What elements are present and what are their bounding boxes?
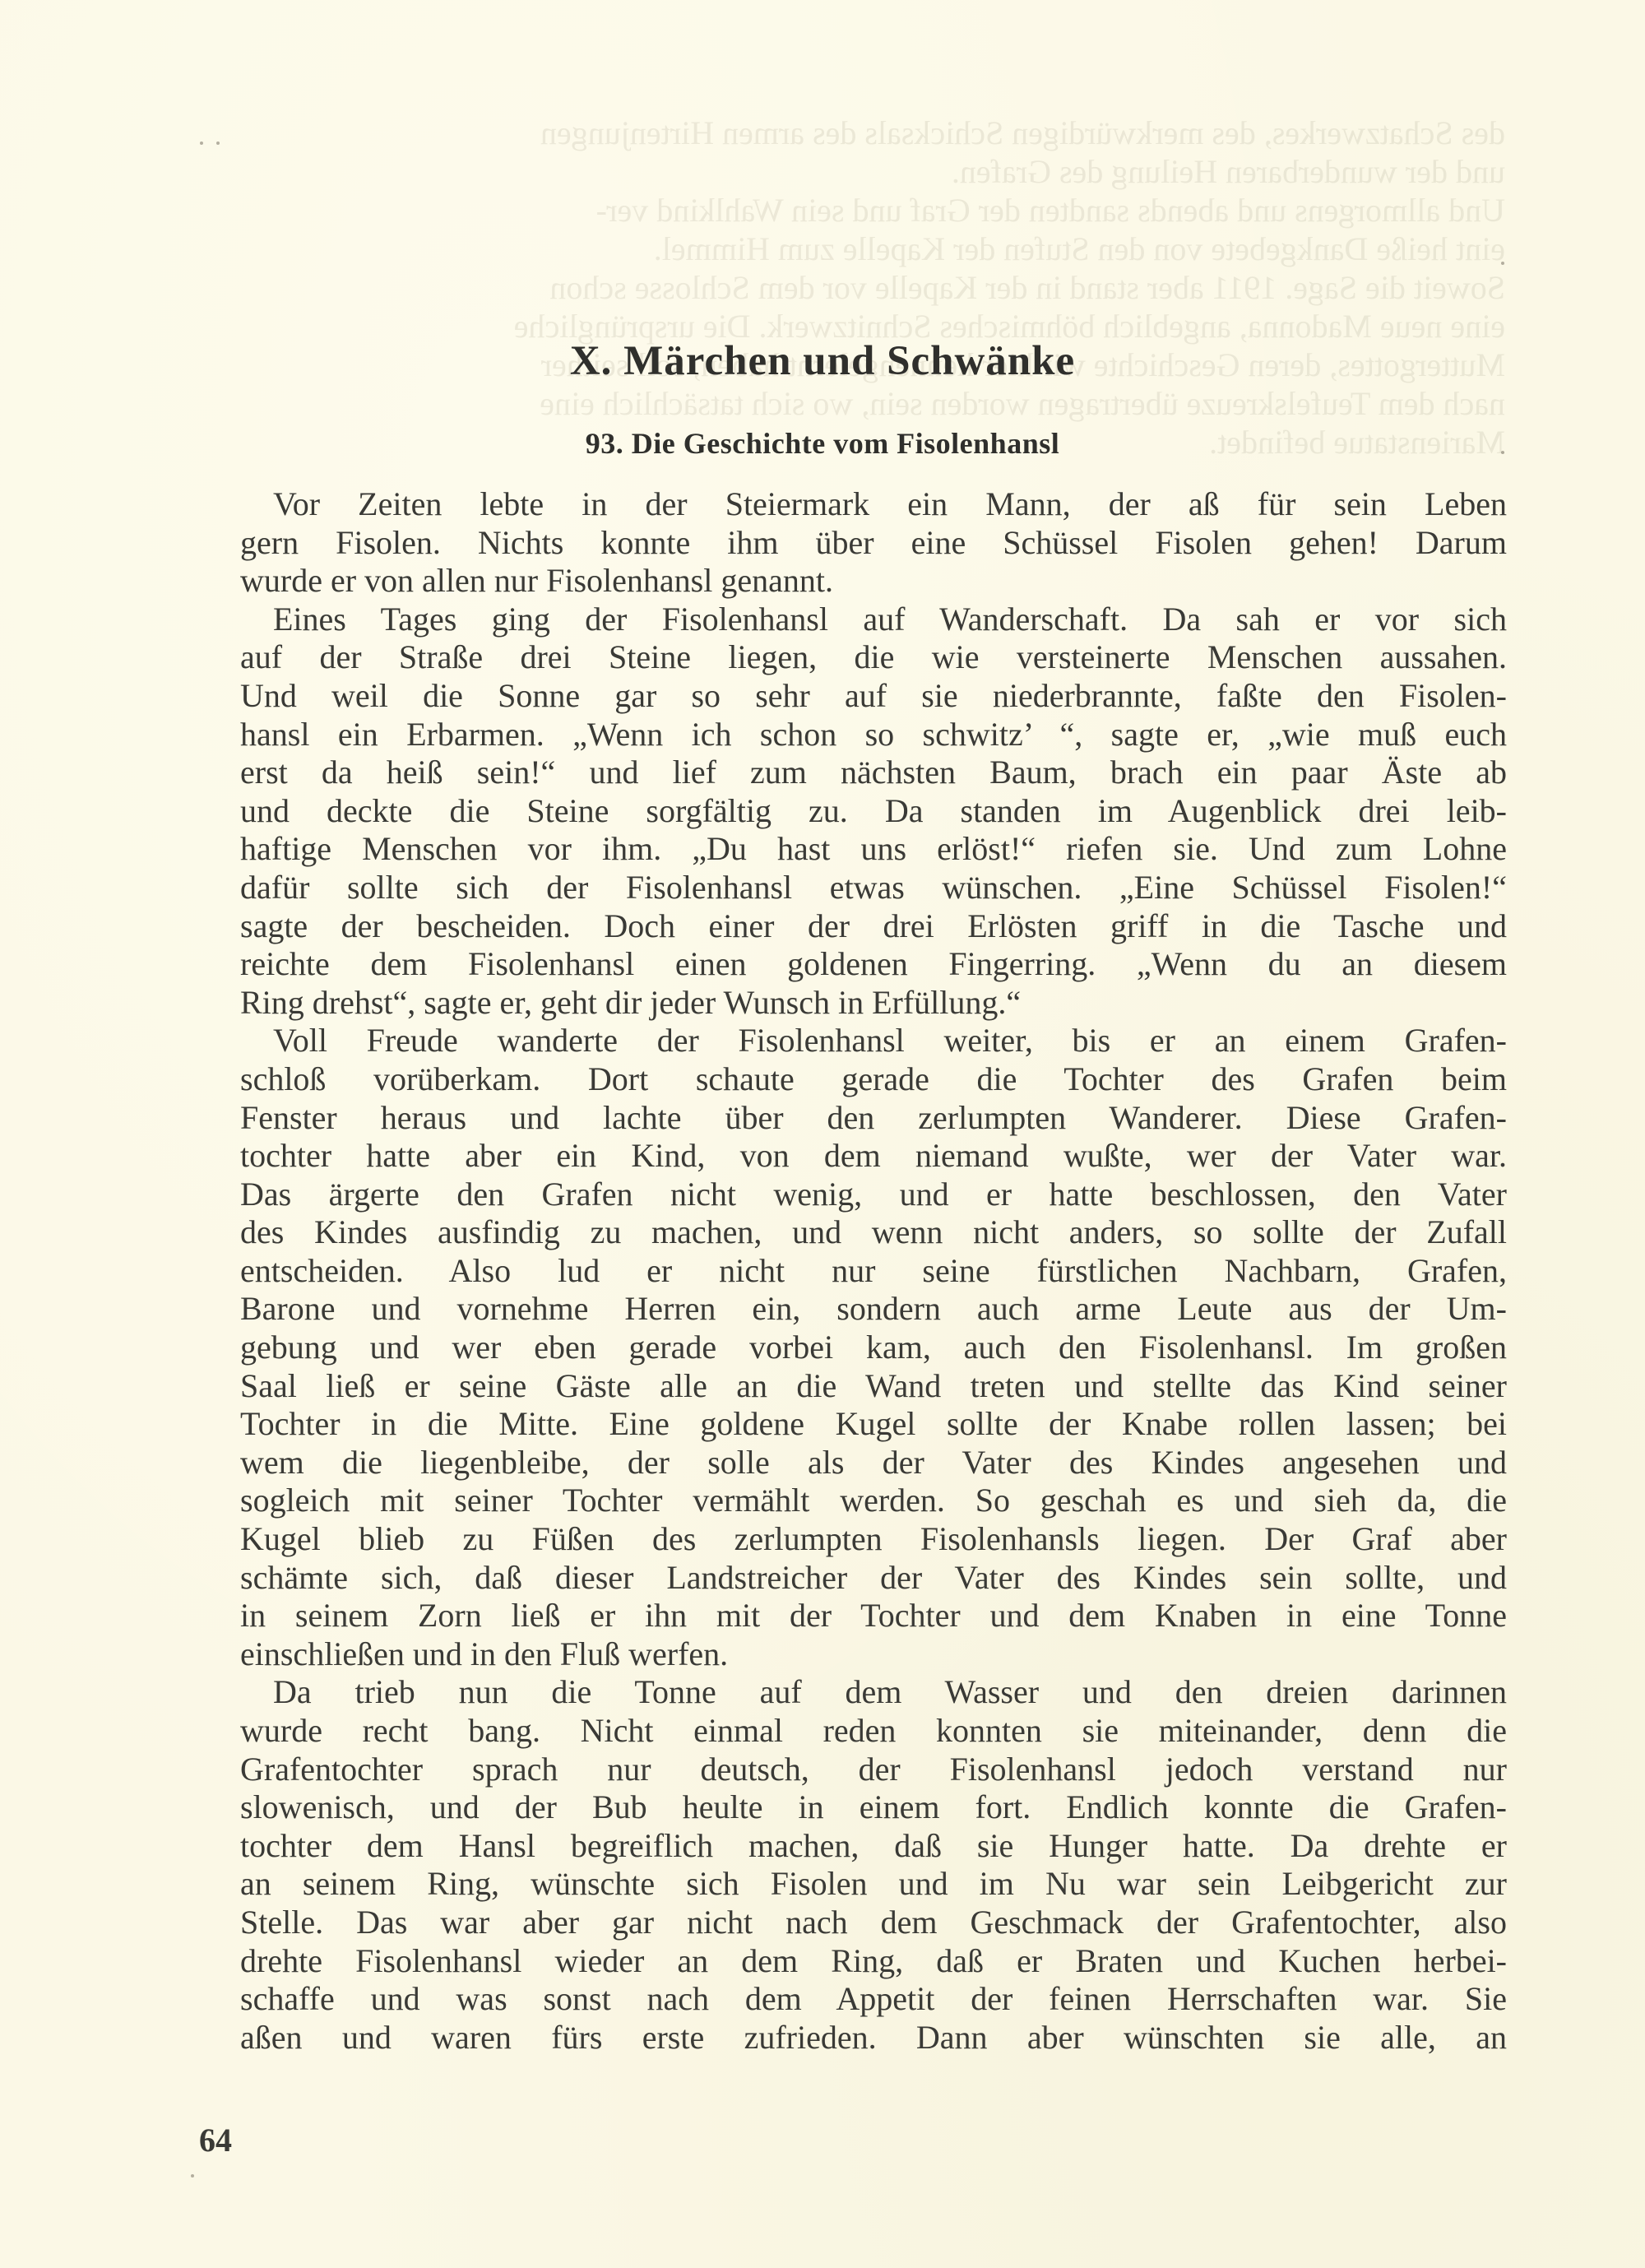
text-line: Fenster heraus und lachte über den zerlu… [240,1099,1507,1138]
chapter-title: X. Märchen und Schwänke [0,337,1645,385]
text-line: Voll Freude wanderte der Fisolenhansl we… [240,1022,1507,1060]
text-line: schloß vorüberkam. Dort schaute gerade d… [240,1060,1507,1099]
text-line: Saal ließ er seine Gäste alle an die Wan… [240,1367,1507,1406]
text-line: in seinem Zorn ließ er ihn mit der Tocht… [240,1597,1507,1635]
text-line: aßen und waren fürs erste zufrieden. Dan… [240,2019,1507,2057]
text-line: Und weil die Sonne gar so sehr auf sie n… [240,677,1507,716]
text-line: Vor Zeiten lebte in der Steiermark ein M… [240,485,1507,524]
text-line: tochter hatte aber ein Kind, von dem nie… [240,1137,1507,1176]
text-line: schämte sich, daß dieser Landstreicher d… [240,1559,1507,1598]
text-line: wem die liegenbleibe, der solle als der … [240,1444,1507,1482]
text-line: Stelle. Das war aber gar nicht nach dem … [240,1904,1507,1942]
text-line: Grafentochter sprach nur deutsch, der Fi… [240,1751,1507,1789]
bleed-line: nach dem Teufelskreuze übertragen worden… [189,384,1505,423]
text-line: dafür sollte sich der Fisolenhansl etwas… [240,869,1507,907]
text-line: haftige Menschen vor ihm. „Du hast uns e… [240,830,1507,869]
text-line: erst da heiß sein!“ und lief zum nächste… [240,754,1507,792]
text-line: Da trieb nun die Tonne auf dem Wasser un… [240,1673,1507,1712]
story-title: 93. Die Geschichte vom Fisolenhansl [0,426,1645,461]
page-number: 64 [199,2121,232,2159]
book-page: des Schatzwerkes, des merkwürdigen Schic… [0,0,1645,2268]
text-line: und deckte die Steine sorgfältig zu. Da … [240,792,1507,831]
text-line: Kugel blieb zu Füßen des zerlumpten Fiso… [240,1520,1507,1559]
text-line: Barone und vornehme Herren ein, sondern … [240,1290,1507,1329]
text-line: auf der Straße drei Steine liegen, die w… [240,638,1507,677]
text-line: hansl ein Erbarmen. „Wenn ich schon so s… [240,716,1507,754]
text-line: wurde er von allen nur Fisolenhansl gena… [240,562,1507,601]
text-line: gebung und wer eben gerade vorbei kam, a… [240,1329,1507,1367]
text-line: tochter dem Hansl begreiflich machen, da… [240,1827,1507,1866]
text-line: des Kindes ausfindig zu machen, und wenn… [240,1213,1507,1252]
text-line: gern Fisolen. Nichts konnte ihm über ein… [240,524,1507,563]
text-line: Eines Tages ging der Fisolenhansl auf Wa… [240,601,1507,639]
paper-speck [216,141,220,145]
text-line: einschließen und in den Fluß werfen. [240,1635,1507,1674]
bleed-line: und der wunderbaren Heilung des Grafen. [189,152,1505,191]
paper-speck [1501,262,1504,265]
text-line: slowenisch, und der Bub heulte in einem … [240,1788,1507,1827]
paper-speck [200,141,203,145]
text-line: Ring drehst“, sagte er, geht dir jeder W… [240,984,1507,1023]
text-line: sagte der bescheiden. Doch einer der dre… [240,907,1507,946]
text-line: Das ärgerte den Grafen nicht wenig, und … [240,1176,1507,1214]
bleed-line: Soweit die Sage. 1911 aber stand in der … [189,268,1505,307]
text-line: entscheiden. Also lud er nicht nur seine… [240,1252,1507,1291]
text-line: schaffe und was sonst nach dem Appetit d… [240,1980,1507,2019]
bleed-line: eint heiße Dankgebete von den Stufen der… [189,230,1505,268]
text-line: reichte dem Fisolenhansl einen goldenen … [240,945,1507,984]
text-line: an seinem Ring, wünschte sich Fisolen un… [240,1865,1507,1904]
bleed-line: des Schatzwerkes, des merkwürdigen Schic… [189,114,1505,152]
text-line: sogleich mit seiner Tochter vermählt wer… [240,1482,1507,1520]
paper-speck [1501,451,1504,454]
text-line: wurde recht bang. Nicht einmal reden kon… [240,1712,1507,1751]
story-body: Vor Zeiten lebte in der Steiermark ein M… [240,485,1507,2057]
bleed-line: Und allmorgens und abends sandten der Gr… [189,191,1505,230]
text-line: Tochter in die Mitte. Eine goldene Kugel… [240,1405,1507,1444]
bleed-through-text: des Schatzwerkes, des merkwürdigen Schic… [189,114,1505,461]
paper-speck [191,2174,194,2178]
text-line: drehte Fisolenhansl wieder an dem Ring, … [240,1942,1507,1981]
